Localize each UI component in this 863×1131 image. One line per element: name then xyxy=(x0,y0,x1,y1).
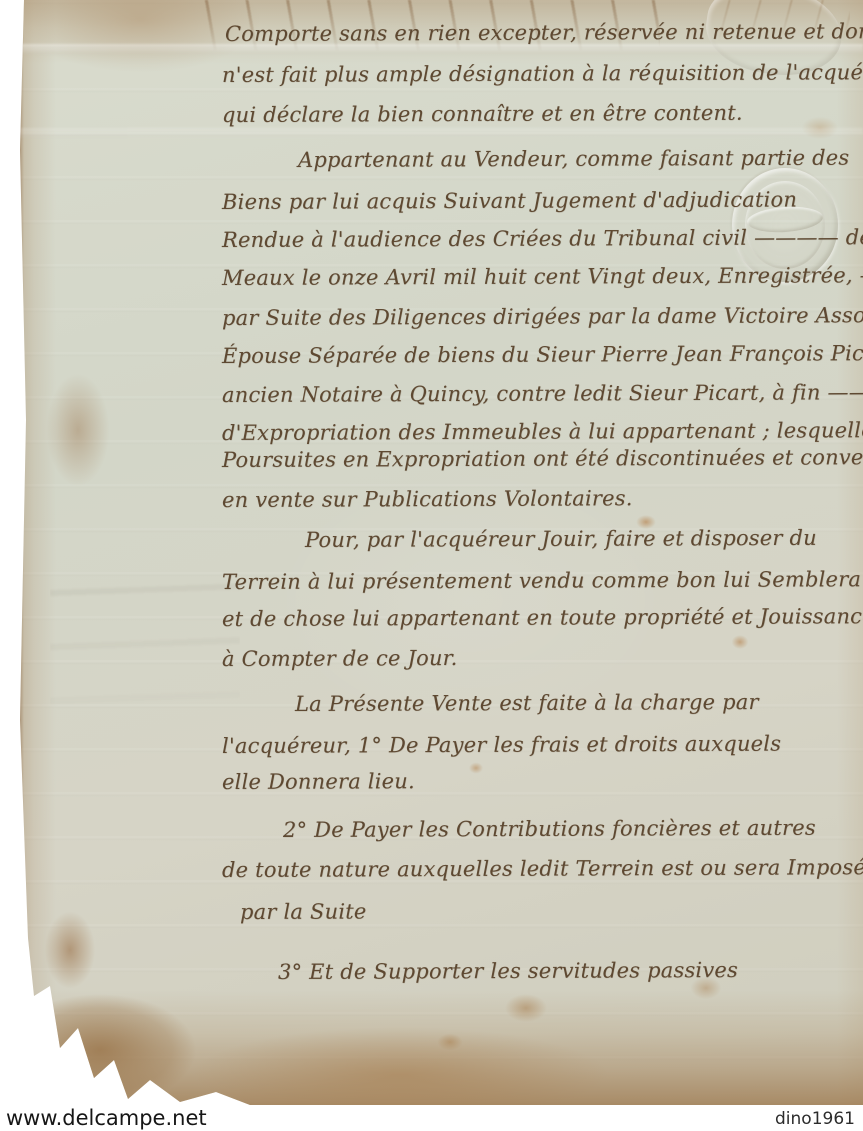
manuscript-line: La Présente Vente est faite à la charge … xyxy=(295,690,759,716)
manuscript-line: Appartenant au Vendeur, comme faisant pa… xyxy=(298,146,849,172)
manuscript-line: elle Donnera lieu. xyxy=(222,769,415,794)
manuscript-line: 2° De Payer les Contributions foncières … xyxy=(283,816,816,842)
manuscript-line: à Compter de ce Jour. xyxy=(222,646,458,671)
manuscript-line: par Suite des Diligences dirigées par la… xyxy=(222,303,863,330)
manuscript-line: qui déclare la bien connaître et en être… xyxy=(222,101,743,127)
manuscript-line: Rendue à l'audience des Criées du Tribun… xyxy=(222,225,863,252)
document-scan: Comporte sans en rien excepter, réservée… xyxy=(0,0,863,1131)
manuscript-line: n'est fait plus ample désignation à la r… xyxy=(222,60,863,87)
manuscript-line: par la Suite xyxy=(240,899,367,924)
manuscript-line: en vente sur Publications Volontaires. xyxy=(222,486,633,512)
watermark-delcampe: www.delcampe.net xyxy=(6,1106,207,1130)
manuscript-line: d'Expropriation des Immeubles à lui appa… xyxy=(222,418,863,445)
manuscript-line: Terrein à lui présentement vendu comme b… xyxy=(222,567,861,594)
manuscript-line: et de chose lui appartenant en toute pro… xyxy=(222,604,863,631)
manuscript-text: Comporte sans en rien excepter, réservée… xyxy=(0,0,863,1105)
manuscript-line: Biens par lui acquis Suivant Jugement d'… xyxy=(222,187,797,214)
manuscript-line: Poursuites en Expropriation ont été disc… xyxy=(222,445,863,472)
manuscript-line: ancien Notaire à Quincy, contre ledit Si… xyxy=(222,380,863,407)
manuscript-line: Meaux le onze Avril mil huit cent Vingt … xyxy=(222,263,863,290)
watermark-dino1961: dino1961 xyxy=(775,1109,855,1129)
manuscript-line: Pour, par l'acquéreur Jouir, faire et di… xyxy=(305,526,817,552)
manuscript-line: Épouse Séparée de biens du Sieur Pierre … xyxy=(222,341,863,368)
manuscript-line: de toute nature auxquelles ledit Terrein… xyxy=(222,855,863,882)
manuscript-line: Comporte sans en rien excepter, réservée… xyxy=(225,19,863,46)
manuscript-line: l'acquéreur, 1° De Payer les frais et dr… xyxy=(222,732,781,758)
manuscript-line: 3° Et de Supporter les servitudes passiv… xyxy=(278,958,738,984)
